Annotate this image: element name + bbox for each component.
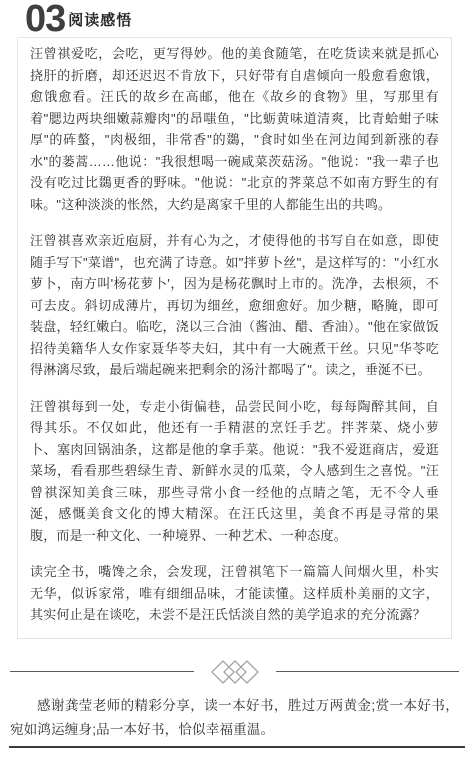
divider-rule-left: [10, 671, 194, 672]
diamond-ornament-icon: [208, 657, 262, 687]
footer-note: 感谢龚莹老师的精彩分享，读一本好书，胜过万两黄金;赏一本好书，宛如鸿运缠身;品一…: [10, 694, 459, 742]
section-title: 阅读感悟: [68, 9, 132, 30]
article-paragraph: 汪曾祺爱吃，会吃，更写得妙。他的美食随笔，在吃货读来就是抓心挠肝的折磨，却还迟迟…: [30, 43, 439, 215]
footer-note-text: 感谢龚莹老师的精彩分享，读一本好书，胜过万两黄金;赏一本好书，宛如鸿运缠身;品一…: [10, 694, 459, 742]
page: 03 阅读感悟 汪曾祺爱吃，会吃，更写得妙。他的美食随笔，在吃货读来就是抓心挠肝…: [0, 0, 469, 765]
article-paragraph: 汪曾祺喜欢亲近庖厨，并有心为之，才使得他的书写自在如意，即使随手写下"菜谱"，也…: [30, 230, 439, 381]
divider-rule-right: [276, 671, 460, 672]
bottom-rule: [9, 746, 465, 748]
article-paragraph: 读完全书，嘴馋之余，会发现，汪曾祺笔下一篇篇人间烟火里，朴实无华，似诉家常，唯有…: [30, 561, 439, 626]
article-card: 汪曾祺爱吃，会吃，更写得妙。他的美食随笔，在吃货读来就是抓心挠肝的折磨，却还迟迟…: [17, 37, 452, 639]
ornament-divider: [10, 658, 459, 686]
article-paragraph: 汪曾祺每到一处，专走小街偏巷，品尝民间小吃，每每陶醉其间，自得其乐。不仅如此，他…: [30, 396, 439, 547]
section-number: 03: [25, 0, 65, 38]
